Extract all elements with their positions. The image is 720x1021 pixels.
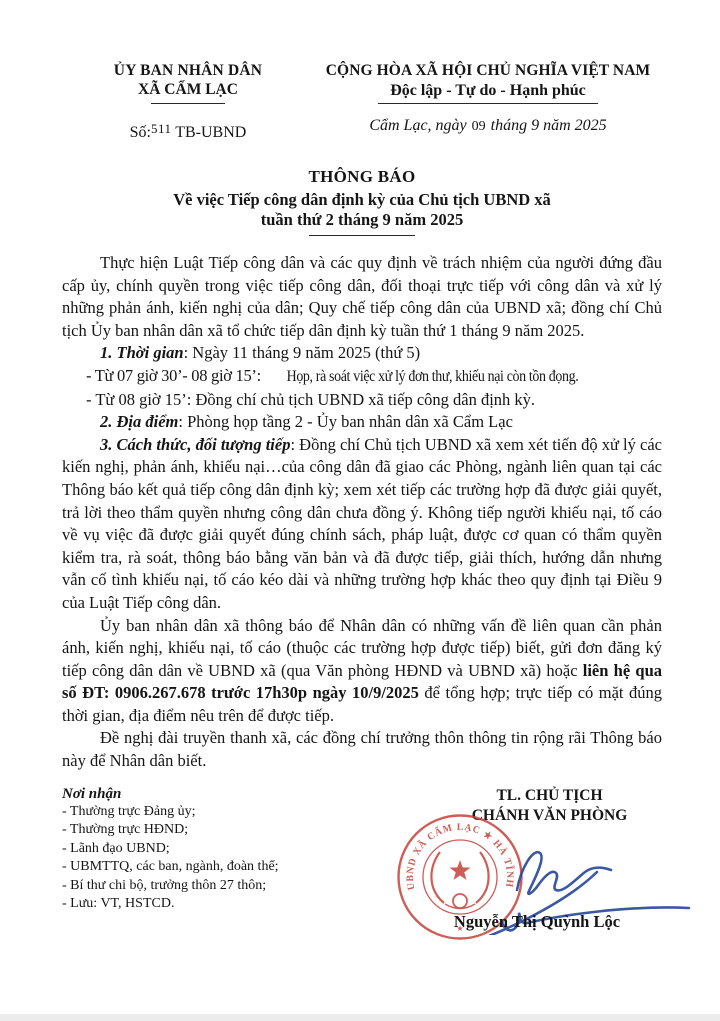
- document-content: ỦY BAN NHÂN DÂN XÃ CẨM LẠC Số:511 TB-UBN…: [0, 0, 720, 981]
- paragraph-registration: Ủy ban nhân dân xã thông báo để Nhân dân…: [62, 615, 662, 728]
- signature-block: TL. CHỦ TỊCH CHÁNH VĂN PHÒNG UBND XÃ CẨM…: [377, 786, 720, 981]
- recipients-block: Nơi nhận - Thường trực Đảng ủy; - Thường…: [62, 786, 367, 914]
- signer-name: Nguyễn Thị Quỳnh Lộc: [397, 912, 677, 932]
- national-motto-block: CỘNG HÒA XÃ HỘI CHỦ NGHĨA VIỆT NAM Độc l…: [314, 62, 662, 142]
- national-line1: CỘNG HÒA XÃ HỘI CHỦ NGHĨA VIỆT NAM: [314, 62, 662, 80]
- time-slot-1-range: - Từ 07 giờ 30’- 08 giờ 15’:: [86, 366, 265, 385]
- recipient-item: - Lãnh đạo UBND;: [62, 840, 367, 859]
- document-number-value: 511: [151, 121, 172, 136]
- dateline-place: Cẩm Lạc, ngày: [369, 117, 466, 134]
- dateline-day: 09: [472, 119, 486, 134]
- section-1-time: 1. Thời gian: Ngày 11 tháng 9 năm 2025 (…: [62, 342, 662, 365]
- paragraph-broadcast-request: Đề nghị đài truyền thanh xã, các đồng ch…: [62, 727, 662, 772]
- document-title: THÔNG BÁO: [62, 167, 662, 187]
- document-number: Số:511 TB-UBND: [62, 121, 314, 142]
- section-3-label: 3. Cách thức, đối tượng tiếp: [100, 435, 290, 454]
- place-dateline: Cẩm Lạc, ngày09tháng 9 năm 2025: [314, 117, 662, 135]
- paragraph-intro: Thực hiện Luật Tiếp công dân và các quy …: [62, 252, 662, 342]
- document-body: Thực hiện Luật Tiếp công dân và các quy …: [62, 252, 662, 773]
- time-slot-1: - Từ 07 giờ 30’- 08 giờ 15’: Họp, rà soá…: [62, 365, 662, 389]
- authority-underline: [151, 103, 225, 104]
- recipient-item: - Thường trực HĐND;: [62, 821, 367, 840]
- document-subtitle-line2: tuần thứ 2 tháng 9 năm 2025: [62, 210, 662, 230]
- dateline-rest: tháng 9 năm 2025: [491, 117, 607, 134]
- document-number-suffix: TB-UBND: [172, 124, 247, 141]
- scanned-document-page: ỦY BAN NHÂN DÂN XÃ CẨM LẠC Số:511 TB-UBN…: [0, 0, 720, 1021]
- document-header: ỦY BAN NHÂN DÂN XÃ CẨM LẠC Số:511 TB-UBN…: [62, 62, 662, 142]
- section-2-text: : Phòng họp tầng 2 - Ủy ban nhân dân xã …: [178, 412, 513, 431]
- document-number-prefix: Số:: [130, 124, 151, 141]
- document-title-block: THÔNG BÁO Về việc Tiếp công dân định kỳ …: [62, 167, 662, 236]
- signer-title-line1: TL. CHỦ TỊCH: [415, 786, 685, 806]
- authority-line1: ỦY BAN NHÂN DÂN: [62, 62, 314, 80]
- time-slot-2: - Từ 08 giờ 15’: Đồng chí chủ tịch UBND …: [62, 389, 662, 412]
- recipient-item: - Thường trực Đảng ủy;: [62, 803, 367, 822]
- section-1-text: : Ngày 11 tháng 9 năm 2025 (thứ 5): [184, 343, 421, 362]
- recipient-item: - Bí thư chi bộ, trưởng thôn 27 thôn;: [62, 877, 367, 896]
- recipients-title: Nơi nhận: [62, 786, 367, 803]
- section-1-label: 1. Thời gian: [100, 343, 184, 362]
- authority-line2: XÃ CẨM LẠC: [62, 81, 314, 99]
- recipient-item: - UBMTTQ, các ban, ngành, đoàn thể;: [62, 858, 367, 877]
- section-3-method: 3. Cách thức, đối tượng tiếp: Đồng chí C…: [62, 434, 662, 615]
- document-footer: Nơi nhận - Thường trực Đảng ủy; - Thường…: [62, 786, 662, 981]
- title-underline: [309, 235, 415, 236]
- document-subtitle-line1: Về việc Tiếp công dân định kỳ của Chủ tị…: [62, 190, 662, 210]
- section-2-label: 2. Địa điểm: [100, 412, 178, 431]
- recipient-item: - Lưu: VT, HSTCD.: [62, 895, 367, 914]
- registration-text-pre: Ủy ban nhân dân xã thông báo để Nhân dân…: [62, 616, 662, 680]
- section-3-text: : Đồng chí Chủ tịch UBND xã xem xét tiến…: [62, 435, 662, 612]
- issuing-authority-block: ỦY BAN NHÂN DÂN XÃ CẨM LẠC Số:511 TB-UBN…: [62, 62, 314, 142]
- scan-edge-shadow: [0, 1014, 720, 1021]
- motto-underline: [378, 103, 598, 104]
- section-2-location: 2. Địa điểm: Phòng họp tầng 2 - Ủy ban n…: [62, 411, 662, 434]
- time-slot-1-activity: Họp, rà soát việc xử lý đơn thư, khiếu n…: [265, 366, 578, 389]
- national-line2: Độc lập - Tự do - Hạnh phúc: [314, 82, 662, 100]
